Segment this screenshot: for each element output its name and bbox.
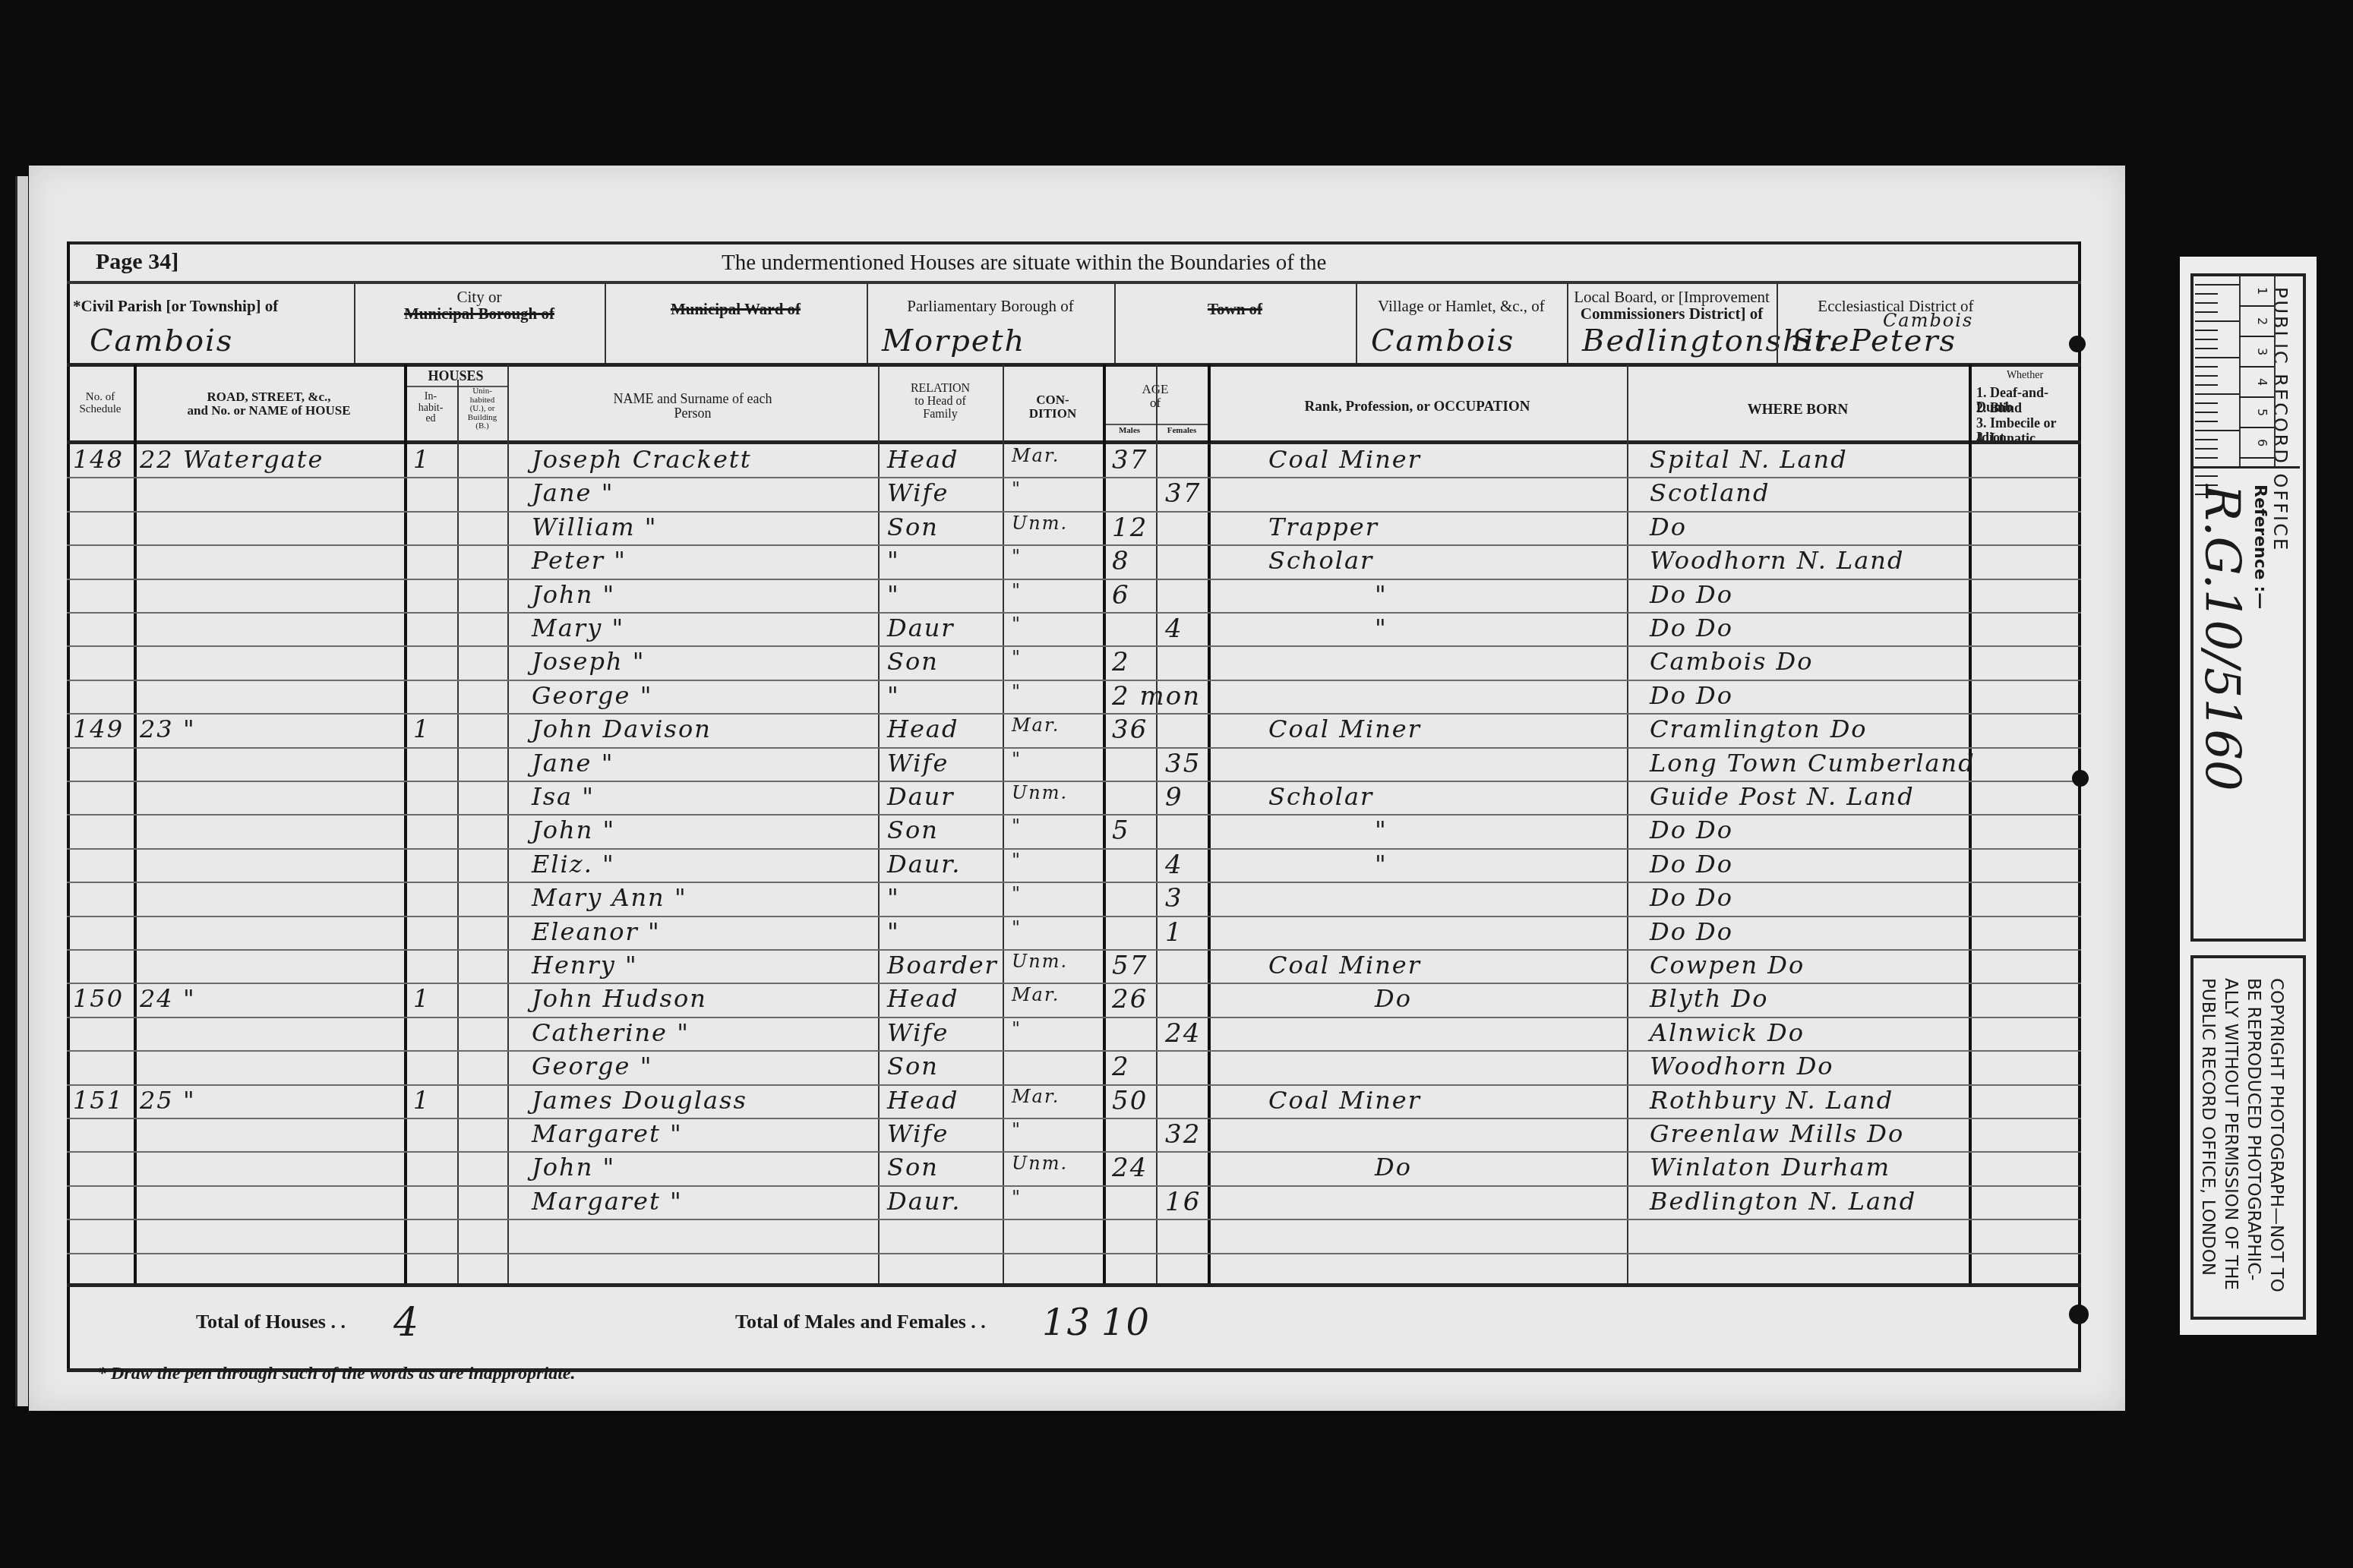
ruler-tick [2195, 311, 2218, 313]
cell-born: Guide Post N. Land [1650, 782, 1915, 811]
cell-female: 35 [1165, 749, 1201, 779]
footnote: * Draw the pen through such of the words… [97, 1364, 575, 1384]
district-field: Village or Hamlet, &c., ofCambois [1356, 284, 1567, 363]
cell-name: James Douglass [532, 1086, 747, 1115]
column-header-road: and No. or NAME of HOUSE [134, 404, 404, 418]
cell-inhabited: 1 [413, 984, 430, 1013]
cell-male: 36 [1112, 715, 1148, 745]
table-row: Mary Ann """3Do Do [67, 882, 2081, 915]
cell-name: Catherine " [532, 1018, 690, 1047]
cell-born: Alnwick Do [1650, 1018, 1805, 1047]
cell-born: Cowpen Do [1650, 951, 1805, 980]
total-persons-label: Total of Males and Females . . [735, 1311, 986, 1333]
cell-name: Joseph " [532, 647, 645, 676]
sheet-edge [15, 176, 28, 1406]
cell-born: Do [1650, 513, 1687, 541]
cell-condition: " [1012, 816, 1022, 837]
district-rule [67, 363, 2081, 367]
cell-relation: Wife [887, 1018, 949, 1047]
cell-condition: Mar. [1012, 984, 1060, 1005]
ruler-tick [2239, 396, 2274, 398]
row-rule [67, 1253, 2081, 1254]
cell-female: 9 [1165, 782, 1183, 812]
cell-condition: " [1012, 1119, 1022, 1141]
census-form: Page 34] The undermentioned Houses are s… [67, 241, 2081, 1371]
cell-relation: Head [887, 1086, 959, 1115]
cell-name: Jane " [532, 749, 614, 778]
table-row: John "Son"5"Do Do [67, 814, 2081, 847]
cell-name: Mary Ann " [532, 883, 687, 912]
cell-occupation: Coal Miner [1268, 715, 1421, 743]
cell-relation: " [887, 883, 900, 912]
ruler-tick [2195, 366, 2218, 368]
cell-condition: " [1012, 917, 1022, 939]
cell-male: 37 [1112, 445, 1148, 475]
column-header-name: NAME and Surname of each [507, 392, 878, 406]
cell-name: John Davison [532, 715, 712, 743]
ruler-tick [2239, 427, 2274, 428]
district-label: *Civil Parish [or Township] of [73, 298, 362, 314]
cell-inhabited: 1 [413, 445, 430, 474]
cell-schedule: 151 [73, 1086, 124, 1115]
district-value: St. Peters [1792, 323, 1957, 358]
ruler-tick [2195, 284, 2239, 286]
district-value: Cambois [90, 323, 233, 358]
cell-condition: " [1012, 681, 1022, 702]
frame-top [67, 241, 2081, 245]
district-label: Municipal Borough of [354, 305, 605, 322]
cell-relation: " [887, 546, 900, 575]
cell-born: Spital N. Land [1650, 445, 1848, 474]
cell-name: Joseph Crackett [532, 445, 752, 474]
cell-female: 4 [1165, 614, 1183, 644]
cell-relation: " [887, 917, 900, 946]
ruler-tick [2195, 348, 2218, 349]
ruler-tick [2195, 439, 2218, 440]
ruler-number: 2 [2255, 317, 2269, 325]
table-row: Margaret "Daur."16Bedlington N. Land [67, 1185, 2081, 1219]
cell-relation: Son [887, 1153, 939, 1182]
cell-relation: Son [887, 1052, 939, 1081]
column-header-condition: DITION [1003, 407, 1103, 421]
cell-occupation: " [1375, 580, 1388, 609]
cell-born: Rothbury N. Land [1650, 1086, 1893, 1115]
cell-condition: Unm. [1012, 782, 1068, 803]
cell-name: John " [532, 580, 615, 609]
table-row: 14822 Watergate1Joseph CrackettHeadMar.3… [67, 443, 2081, 477]
table-row: Eleanor """1Do Do [67, 916, 2081, 949]
cell-born: Do Do [1650, 614, 1733, 642]
punch-hole [2072, 770, 2089, 787]
cell-female: 32 [1165, 1119, 1201, 1150]
cell-born: Woodhorn Do [1650, 1052, 1834, 1081]
cell-female: 16 [1165, 1187, 1201, 1217]
ruler-tick [2239, 305, 2274, 307]
cell-born: Cambois Do [1650, 647, 1813, 676]
column-header-condition: CON- [1003, 393, 1103, 407]
cell-occupation: Scholar [1268, 546, 1373, 575]
column-header-uninhabited: Unin- [457, 387, 507, 396]
column-header-inhabited: In- [404, 392, 457, 403]
column-header-name: Person [507, 406, 878, 421]
cell-relation: Son [887, 513, 939, 541]
column-header-age: of [1103, 396, 1208, 410]
table-row: Isa "DaurUnm.9ScholarGuide Post N. Land [67, 781, 2081, 814]
district-field: Town of [1114, 284, 1356, 363]
district-value: Morpeth [882, 323, 1025, 358]
cell-condition: " [1012, 546, 1022, 567]
table-row: John """6"Do Do [67, 579, 2081, 612]
cell-relation: Daur. [887, 850, 961, 879]
table-row: Mary "Daur"4"Do Do [67, 612, 2081, 645]
district-field: City orMunicipal Borough of [354, 284, 605, 363]
ruler-tick [2195, 430, 2239, 431]
cell-relation: Daur [887, 614, 955, 642]
column-header-schedule: Schedule [67, 404, 134, 416]
cell-female: 4 [1165, 850, 1183, 880]
cell-name: Margaret " [532, 1187, 683, 1216]
cell-occupation: Scholar [1268, 782, 1373, 811]
cell-born: Do Do [1650, 883, 1733, 912]
column-header-whether: 2. Blind [1976, 401, 2081, 415]
cell-name: Eleanor " [532, 917, 661, 946]
ruler-number: 1 [2255, 287, 2269, 295]
district-label: Parliamentary Borough of [867, 298, 1114, 314]
table-row: Henry "BoarderUnm.57Coal MinerCowpen Do [67, 949, 2081, 983]
district-value: Cambois [1371, 323, 1514, 358]
column-header-relation: to Head of [878, 396, 1003, 409]
column-header-relation: RELATION [878, 383, 1003, 396]
table-row: George "Son2Woodhorn Do [67, 1050, 2081, 1084]
ruler-rule [2190, 466, 2300, 469]
cell-born: Greenlaw Mills Do [1650, 1119, 1904, 1148]
cell-inhabited: 1 [413, 715, 430, 743]
ruler-tick [2195, 448, 2218, 450]
cell-occupation: " [1375, 816, 1388, 844]
ruler-tick [2239, 336, 2274, 337]
cell-born: Cramlington Do [1650, 715, 1868, 743]
cell-male: 2 [1112, 647, 1130, 677]
cell-male: 6 [1112, 580, 1130, 610]
cell-female: 24 [1165, 1018, 1201, 1049]
cell-relation: Boarder [887, 951, 998, 980]
district-field: Ecclesiastical District ofCamboisSt. Pet… [1777, 284, 2015, 363]
cell-relation: Head [887, 984, 959, 1013]
column-header-schedule: No. of [67, 392, 134, 404]
ruler-number: 5 [2255, 409, 2269, 416]
copyright-line: COPYRIGHT PHOTOGRAPH—NOT TO [2266, 978, 2286, 1292]
table-row: 15125 "1James DouglassHeadMar.50Coal Min… [67, 1084, 2081, 1118]
cell-relation: Wife [887, 1119, 949, 1148]
table-row: Peter """8ScholarWoodhorn N. Land [67, 544, 2081, 578]
table-row: Joseph "Son"2Cambois Do [67, 645, 2081, 679]
district-label: Municipal Ward of [605, 301, 867, 317]
cell-female: 37 [1165, 478, 1201, 509]
table-row: Jane "Wife"35Long Town Cumberland [67, 747, 2081, 781]
cell-name: Henry " [532, 951, 638, 980]
column-header-inhabited: habit- [404, 403, 457, 415]
total-houses-label: Total of Houses . . [196, 1311, 346, 1333]
total-houses-value: 4 [393, 1300, 420, 1346]
cell-male: 57 [1112, 951, 1148, 981]
cell-male: 12 [1112, 513, 1148, 543]
ruler-tick [2239, 366, 2274, 368]
cell-inhabited: 1 [413, 1086, 430, 1115]
column-header-occupation: Rank, Profession, or OCCUPATION [1208, 399, 1627, 415]
cell-occupation: Coal Miner [1268, 445, 1421, 474]
record-office-label: PUBLIC RECORD OFFICE [2269, 287, 2291, 552]
district-label: City or [354, 289, 605, 305]
ruler-tick [2195, 339, 2218, 340]
page-label: Page 34] [96, 249, 178, 275]
table-row: George """2 monDo Do [67, 680, 2081, 713]
cell-relation: Son [887, 816, 939, 844]
cell-name: William " [532, 513, 658, 541]
cell-schedule: 148 [73, 445, 124, 474]
cell-name: Eliz. " [532, 850, 615, 879]
cell-relation: Daur. [887, 1187, 961, 1216]
ruler-tick [2195, 475, 2218, 477]
cell-relation: " [887, 580, 900, 609]
cell-occupation: Coal Miner [1268, 1086, 1421, 1115]
cell-condition: Unm. [1012, 513, 1068, 534]
cell-name: John " [532, 816, 615, 844]
cell-name: Margaret " [532, 1119, 683, 1148]
cell-condition: Mar. [1012, 1086, 1060, 1107]
cell-occupation: " [1375, 614, 1388, 642]
cell-relation: " [887, 681, 900, 710]
cell-occupation: Coal Miner [1268, 951, 1421, 980]
cell-male: 5 [1112, 816, 1130, 846]
cell-condition: " [1012, 850, 1022, 871]
district-label: Village or Hamlet, &c., of [1356, 298, 1567, 314]
cell-condition: " [1012, 749, 1022, 770]
copyright-line: PUBLIC RECORD OFFICE, LONDON [2198, 978, 2218, 1276]
cell-condition: Unm. [1012, 1153, 1068, 1174]
punch-hole [2069, 336, 2086, 352]
cell-condition: " [1012, 1018, 1022, 1040]
cell-born: Do Do [1650, 580, 1733, 609]
cell-condition: " [1012, 478, 1022, 500]
cell-relation: Son [887, 647, 939, 676]
ruler-number: 4 [2255, 378, 2269, 386]
ruler-tick [2195, 412, 2218, 413]
table-row: 15024 "1John HudsonHeadMar.26DoBlyth Do [67, 983, 2081, 1016]
column-header-age: AGE [1103, 383, 1208, 396]
copyright-line: ALLY WITHOUT PERMISSION OF THE [2221, 978, 2241, 1290]
total-males-value: 13 [1042, 1301, 1091, 1344]
cell-born: Winlaton Durham [1650, 1153, 1890, 1182]
cell-relation: Head [887, 445, 959, 474]
cell-male: 26 [1112, 984, 1148, 1014]
archive-label-card: PUBLIC RECORD OFFICE 123456 Reference :—… [2180, 257, 2317, 1335]
cell-born: Do Do [1650, 816, 1733, 844]
cell-relation: Wife [887, 749, 949, 778]
age-rule [1103, 424, 1208, 425]
cell-schedule: 149 [73, 715, 124, 743]
ruler-tick [2195, 393, 2239, 395]
cell-born: Long Town Cumberland [1650, 749, 1976, 778]
cell-born: Do Do [1650, 917, 1733, 946]
cell-condition: " [1012, 1187, 1022, 1208]
row-rule [67, 1219, 2081, 1220]
cell-born: Do Do [1650, 850, 1733, 879]
ruler-tick [2195, 375, 2218, 377]
table-row: Eliz. "Daur."4"Do Do [67, 848, 2081, 882]
district-label: Commissioners District] of [1567, 305, 1777, 322]
cell-female: 3 [1165, 883, 1183, 913]
cell-road: 24 " [140, 984, 196, 1013]
cell-female: 1 [1165, 917, 1183, 948]
cell-name: John Hudson [532, 984, 707, 1013]
cell-male: 8 [1112, 546, 1130, 576]
ruler-tick [2195, 293, 2218, 295]
column-header-males: Males [1103, 427, 1156, 436]
cell-male: 2 [1112, 1052, 1130, 1082]
district-field: Parliamentary Borough ofMorpeth [867, 284, 1114, 363]
column-header-where-born: WHERE BORN [1627, 402, 1969, 418]
cell-male: 2 mon [1112, 681, 1201, 711]
column-header-road: ROAD, STREET, &c., [134, 390, 404, 404]
cell-born: Do Do [1650, 681, 1733, 710]
cell-road: 22 Watergate [140, 445, 324, 474]
copyright-line: BE REPRODUCED PHOTOGRAPHIC- [2244, 978, 2263, 1281]
cell-occupation: Do [1375, 984, 1412, 1013]
totals-rule [67, 1283, 2081, 1287]
district-label: Local Board, or [Improvement [1567, 289, 1777, 305]
cell-male: 50 [1112, 1086, 1148, 1116]
cell-name: John " [532, 1153, 615, 1182]
cell-condition: " [1012, 883, 1022, 904]
column-header-inhabited: ed [404, 414, 457, 425]
ruler-tick [2239, 457, 2274, 459]
district-field: *Civil Parish [or Township] ofCambois [67, 284, 355, 363]
ruler-tick [2195, 320, 2239, 322]
cell-born: Bedlington N. Land [1650, 1187, 1916, 1216]
table-row: Margaret "Wife"32Greenlaw Mills Do [67, 1118, 2081, 1151]
reference-value: R.G.10/5160 [2194, 484, 2250, 791]
cell-name: George " [532, 681, 652, 710]
column-header-uninhabited: (U.), or [457, 405, 507, 414]
cell-born: Blyth Do [1650, 984, 1768, 1013]
ruler-tick [2195, 302, 2218, 304]
column-header-houses: HOUSES [404, 369, 507, 383]
cell-name: Mary " [532, 614, 624, 642]
cell-name: Peter " [532, 546, 627, 575]
ruler-number: 3 [2255, 348, 2269, 355]
table-row: William "SonUnm.12TrapperDo [67, 511, 2081, 544]
reference-label: Reference :— [2250, 484, 2269, 609]
ruler-tick [2195, 457, 2218, 459]
cell-relation: Wife [887, 478, 949, 507]
cell-condition: " [1012, 614, 1022, 635]
cell-occupation: Do [1375, 1153, 1412, 1182]
table-row: 14923 "1John DavisonHeadMar.36Coal Miner… [67, 713, 2081, 746]
table-row: Jane "Wife"37Scotland [67, 477, 2081, 510]
cell-road: 23 " [140, 715, 196, 743]
ruler-divider [2274, 276, 2276, 466]
table-row: John "SonUnm.24DoWinlaton Durham [67, 1151, 2081, 1185]
cell-name: Jane " [532, 478, 614, 507]
column-header-relation: Family [878, 409, 1003, 421]
cell-road: 25 " [140, 1086, 196, 1115]
cell-relation: Daur [887, 782, 955, 811]
cell-condition: Mar. [1012, 715, 1060, 736]
cell-condition: Unm. [1012, 951, 1068, 972]
cell-relation: Head [887, 715, 959, 743]
punch-hole [2069, 1305, 2089, 1324]
district-field: Local Board, or [ImprovementCommissioner… [1567, 284, 1777, 363]
district-label: Town of [1114, 301, 1356, 317]
column-header-uninhabited: (B.) [457, 422, 507, 431]
cell-condition: " [1012, 647, 1022, 668]
ruler-tick [2195, 330, 2218, 331]
table-row: Catherine "Wife"24Alnwick Do [67, 1017, 2081, 1050]
ruler-tick [2195, 384, 2218, 386]
form-title: The undermentioned Houses are situate wi… [722, 251, 1326, 276]
cell-male: 24 [1112, 1153, 1148, 1183]
cell-occupation: " [1375, 850, 1388, 879]
cell-name: Isa " [532, 782, 595, 811]
ruler-number: 6 [2255, 439, 2269, 446]
ruler-tick [2195, 421, 2218, 422]
district-field: Municipal Ward of [605, 284, 867, 363]
total-females-value: 10 [1101, 1301, 1151, 1344]
column-header-whether: Whether [1969, 371, 2081, 382]
cell-born: Scotland [1650, 478, 1770, 507]
cell-born: Woodhorn N. Land [1650, 546, 1904, 575]
ruler-tick [2195, 357, 2239, 358]
cell-condition: Mar. [1012, 445, 1060, 466]
cell-name: George " [532, 1052, 652, 1081]
ruler-tick [2195, 402, 2218, 404]
cell-schedule: 150 [73, 984, 124, 1013]
cell-occupation: Trapper [1268, 513, 1379, 541]
column-header-females: Females [1156, 427, 1208, 436]
cell-condition: " [1012, 580, 1022, 601]
